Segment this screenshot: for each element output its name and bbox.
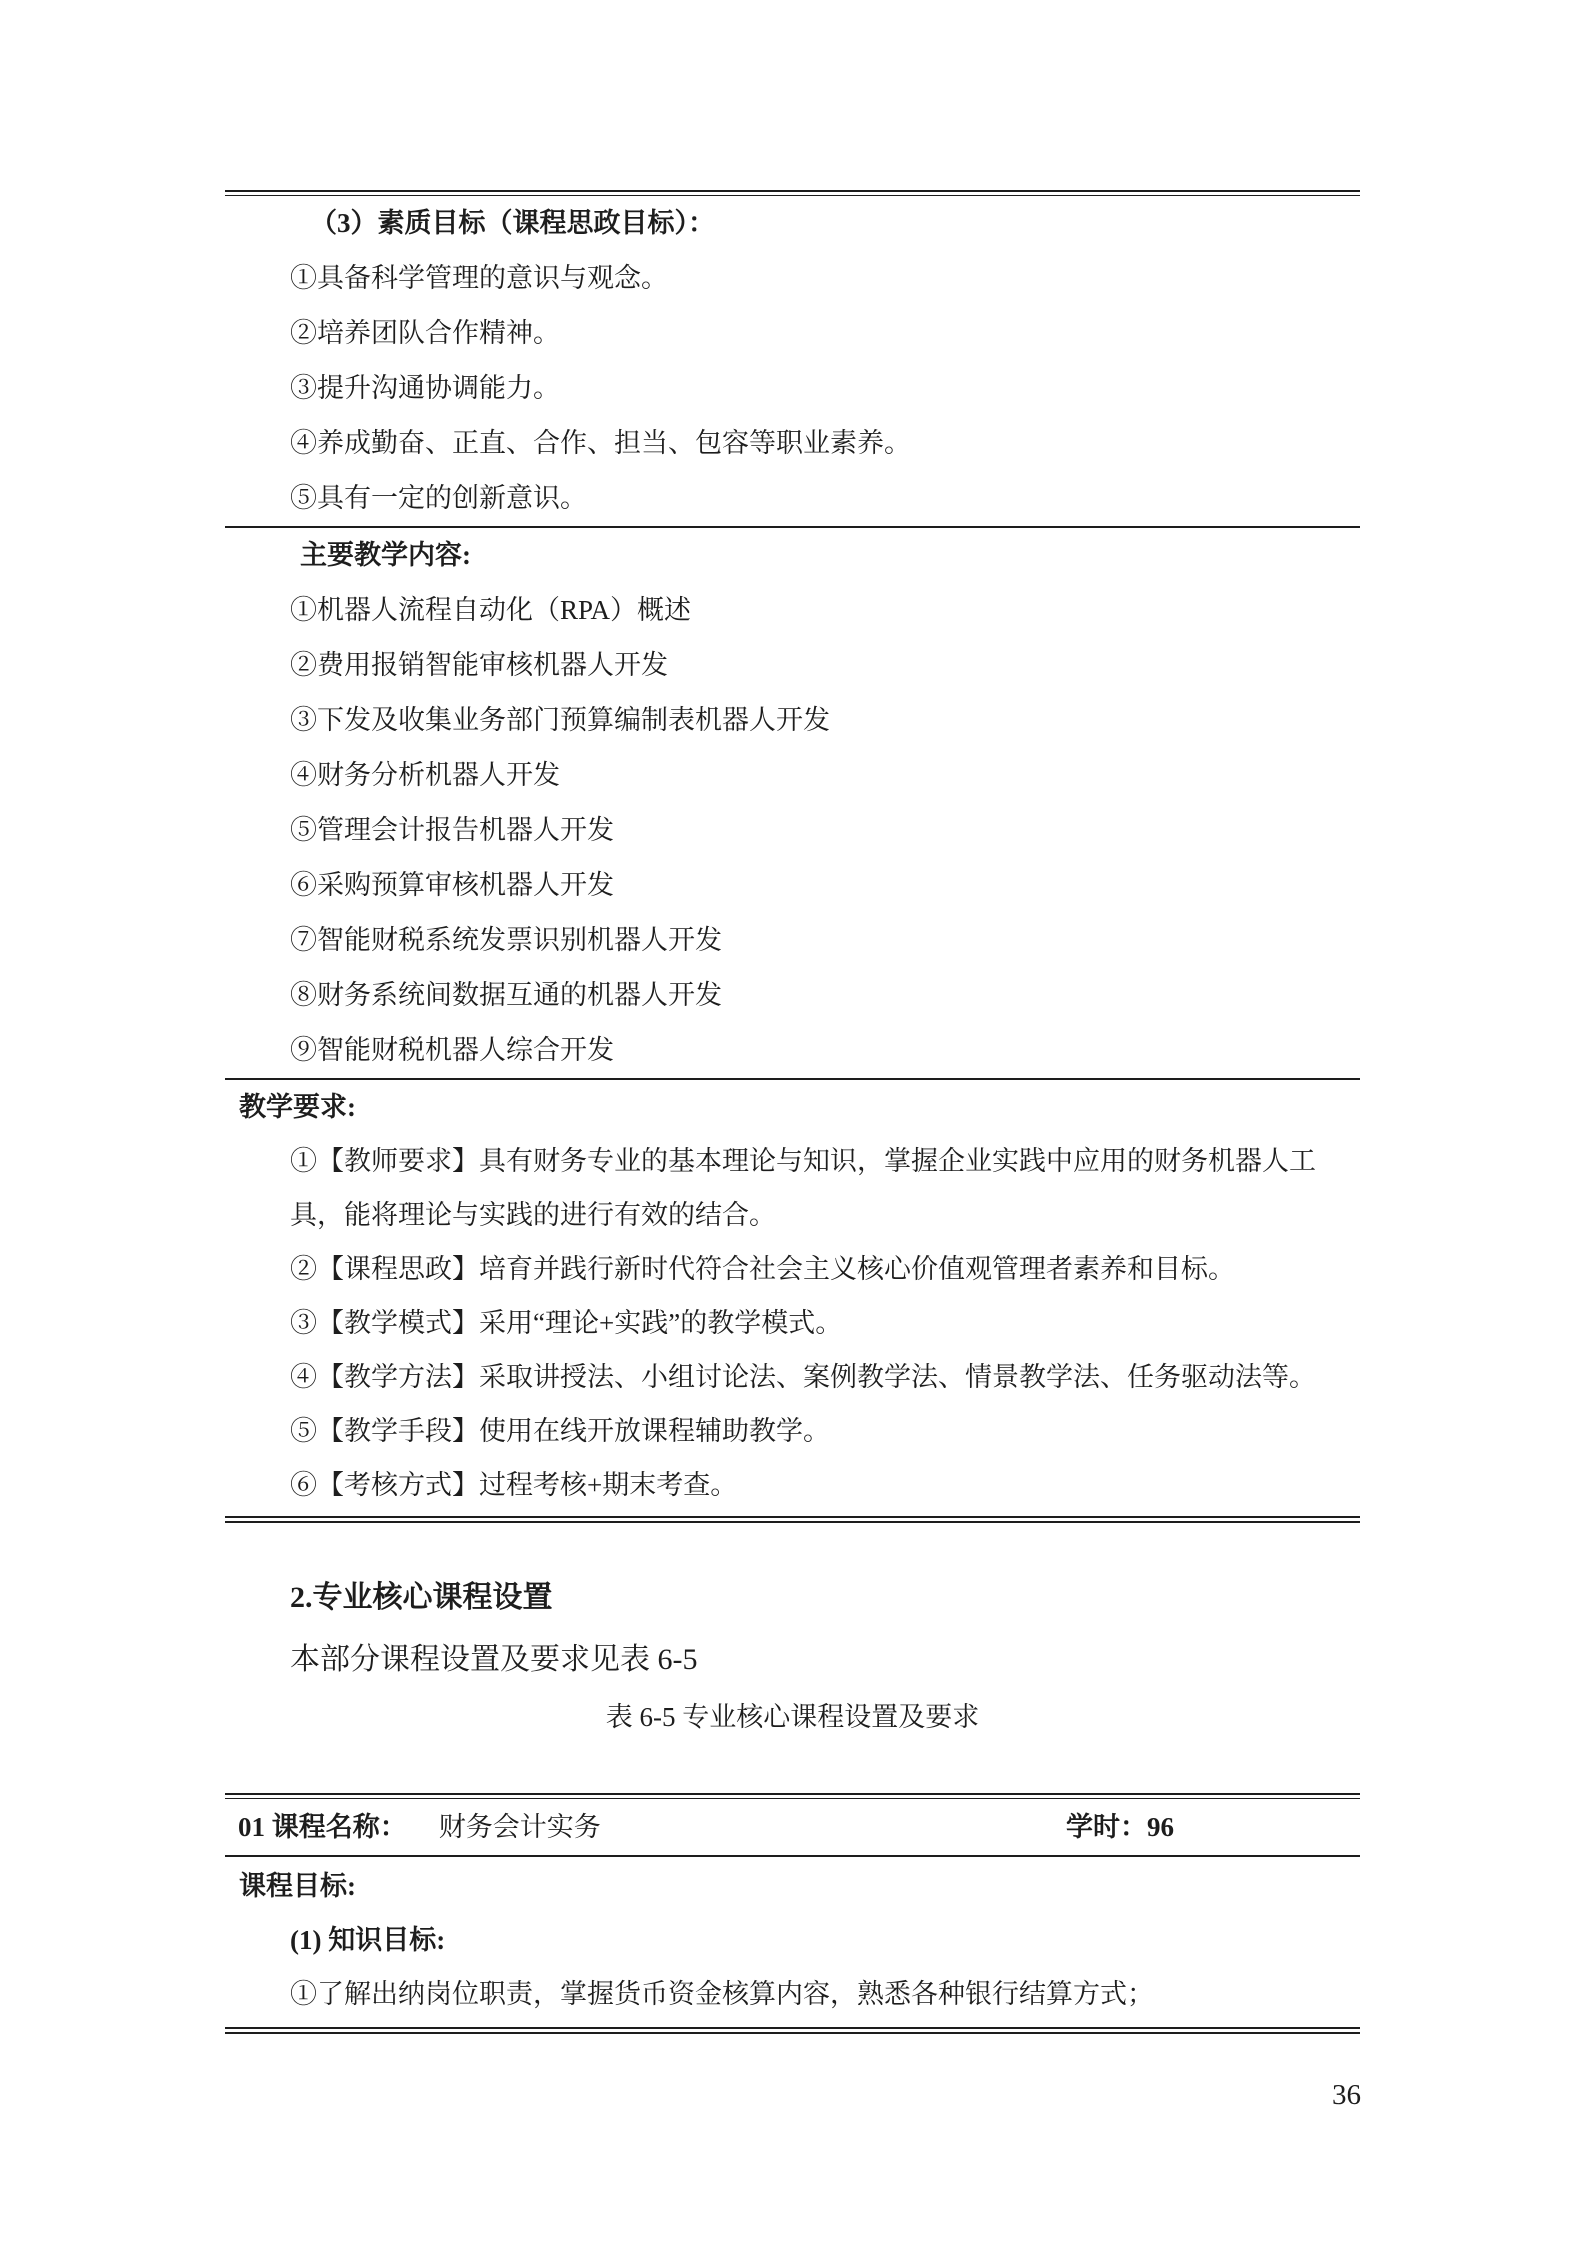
teaching-content-heading: 主要教学内容: (225, 528, 1360, 583)
teaching-requirement-item: ⑤【教学手段】使用在线开放课程辅助教学。 (225, 1404, 1360, 1458)
course-objectives-heading: 课程目标: (225, 1859, 1360, 1913)
content-area: （3）素质目标（课程思政目标）： ①具备科学管理的意识与观念。 ②培养团队合作精… (225, 190, 1360, 2034)
quality-goal-item: ①具备科学管理的意识与观念。 (225, 251, 1360, 306)
table-bottom-border (225, 1516, 1360, 1523)
quality-goal-item: ⑤具有一定的创新意识。 (225, 471, 1360, 526)
quality-goals-heading: （3）素质目标（课程思政目标）： (225, 196, 1360, 251)
document-page: （3）素质目标（课程思政目标）： ①具备科学管理的意识与观念。 ②培养团队合作精… (0, 0, 1587, 2245)
teaching-content-item: ①机器人流程自动化（RPA）概述 (225, 583, 1360, 638)
teaching-requirement-item: ⑥【考核方式】过程考核+期末考查。 (225, 1458, 1360, 1512)
table-caption: 表 6-5 专业核心课程设置及要求 (225, 1697, 1360, 1737)
section-course-objectives: 课程目标: (1) 知识目标: ①了解出纳岗位职责，掌握货币资金核算内容，熟悉各… (225, 1857, 1360, 2027)
course-hours: 学时：96 (1066, 1799, 1174, 1855)
teaching-requirement-item: ④【教学方法】采取讲授法、小组讨论法、案例教学法、情景教学法、任务驱动法等。 (225, 1350, 1360, 1404)
teaching-content-item: ④财务分析机器人开发 (225, 748, 1360, 803)
course-hours-label: 学时： (1066, 1812, 1147, 1842)
teaching-requirement-item: ②【课程思政】培育并践行新时代符合社会主义核心价值观管理者素养和目标。 (225, 1242, 1360, 1296)
teaching-requirements-heading: 教学要求: (225, 1080, 1360, 1134)
table2-bottom-border (225, 2027, 1360, 2034)
teaching-content-item: ⑥采购预算审核机器人开发 (225, 858, 1360, 913)
teaching-content-item: ⑧财务系统间数据互通的机器人开发 (225, 968, 1360, 1023)
course-no-label: 01 课程名称： (238, 1812, 407, 1842)
core-courses-intro: 本部分课程设置及要求见表 6-5 (225, 1637, 1360, 1683)
knowledge-goal-heading: (1) 知识目标: (225, 1913, 1360, 1967)
knowledge-goal-item: ①了解出纳岗位职责，掌握货币资金核算内容，熟悉各种银行结算方式； (225, 1967, 1360, 2021)
quality-goal-item: ③提升沟通协调能力。 (225, 361, 1360, 416)
course-header-row: 01 课程名称：财务会计实务 学时：96 (225, 1799, 1360, 1855)
quality-goal-item: ②培养团队合作精神。 (225, 306, 1360, 361)
core-courses-heading: 2.专业核心课程设置 (225, 1575, 1360, 1621)
course-name: 财务会计实务 (439, 1812, 601, 1842)
section-teaching-content: 主要教学内容: ①机器人流程自动化（RPA）概述 ②费用报销智能审核机器人开发 … (225, 528, 1360, 1078)
teaching-content-item: ③下发及收集业务部门预算编制表机器人开发 (225, 693, 1360, 748)
teaching-requirement-item: ③【教学模式】采用“理论+实践”的教学模式。 (225, 1296, 1360, 1350)
section-teaching-requirements: 教学要求: ①【教师要求】具有财务专业的基本理论与知识，掌握企业实践中应用的财务… (225, 1080, 1360, 1516)
page-number: 36 (1332, 2080, 1361, 2110)
teaching-content-item: ⑦智能财税系统发票识别机器人开发 (225, 913, 1360, 968)
teaching-content-item: ⑨智能财税机器人综合开发 (225, 1023, 1360, 1078)
teaching-content-item: ⑤管理会计报告机器人开发 (225, 803, 1360, 858)
quality-goal-item: ④养成勤奋、正直、合作、担当、包容等职业素养。 (225, 416, 1360, 471)
section-quality-goals: （3）素质目标（课程思政目标）： ①具备科学管理的意识与观念。 ②培养团队合作精… (225, 196, 1360, 526)
teaching-requirement-item: ①【教师要求】具有财务专业的基本理论与知识，掌握企业实践中应用的财务机器人工具，… (225, 1134, 1360, 1242)
teaching-content-item: ②费用报销智能审核机器人开发 (225, 638, 1360, 693)
course-hours-value: 96 (1147, 1812, 1174, 1842)
